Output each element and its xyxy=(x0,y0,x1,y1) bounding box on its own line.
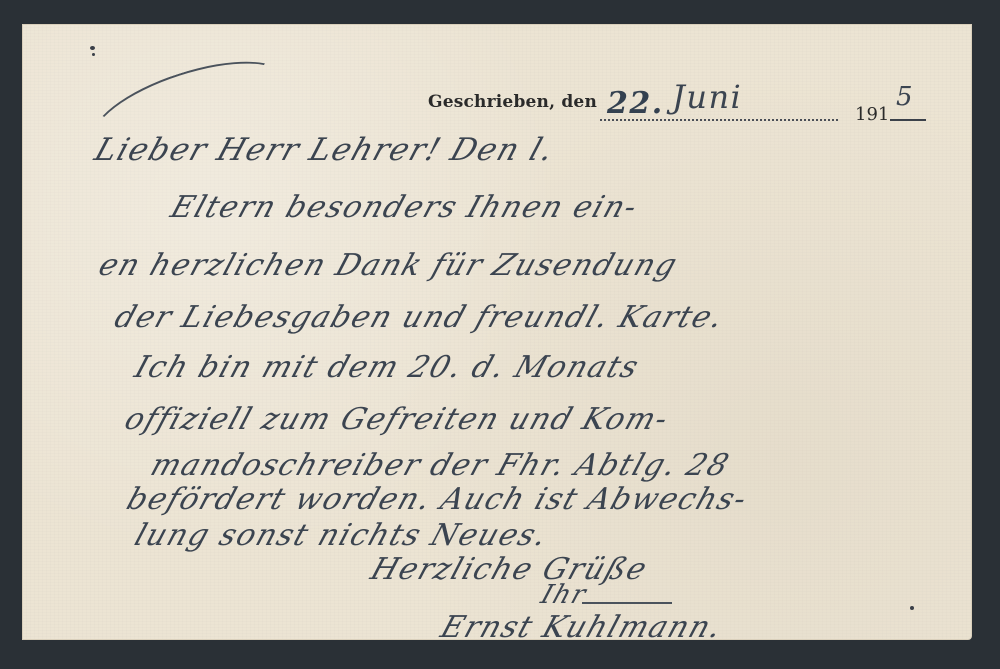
signature: Ernst Kuhlmann. xyxy=(436,610,727,645)
ink-speck xyxy=(90,46,95,50)
letter-line-4: der Liebesgaben und freundl. Karte. xyxy=(110,300,728,335)
handwritten-year-digit: 5 xyxy=(896,82,914,112)
letter-line-1: Lieber Herr Lehrer! Den l. xyxy=(90,132,559,168)
closing-ihr: Ihr xyxy=(537,580,591,610)
postcard: Geschrieben, den 191 22. Juni 5 Lieber H… xyxy=(22,24,972,640)
letter-line-8: befördert worden. Auch ist Abwechs- xyxy=(122,482,752,517)
ink-speck xyxy=(92,53,95,56)
letter-line-9: lung sonst nichts Neues. xyxy=(130,518,552,553)
signature-underline xyxy=(582,602,672,604)
year-underline xyxy=(890,119,926,121)
letter-line-3: en herzlichen Dank für Zusendung xyxy=(94,248,682,283)
ink-speck xyxy=(910,606,914,610)
letter-line-6: offiziell zum Gefreiten und Kom- xyxy=(120,402,673,437)
closing-greeting: Herzliche Grüße xyxy=(366,552,652,587)
handwritten-month: Juni xyxy=(672,78,742,116)
letter-line-5: Ich bin mit dem 20. d. Monats xyxy=(130,350,644,385)
printed-year-prefix: 191 xyxy=(855,104,889,125)
letter-line-7: mandoschreiber der Fhr. Abtlg. 28 xyxy=(146,448,734,483)
handwritten-day: 22. xyxy=(607,86,664,121)
printed-date-label: Geschrieben, den xyxy=(428,92,597,112)
letter-line-2: Eltern besonders Ihnen ein- xyxy=(166,190,642,225)
